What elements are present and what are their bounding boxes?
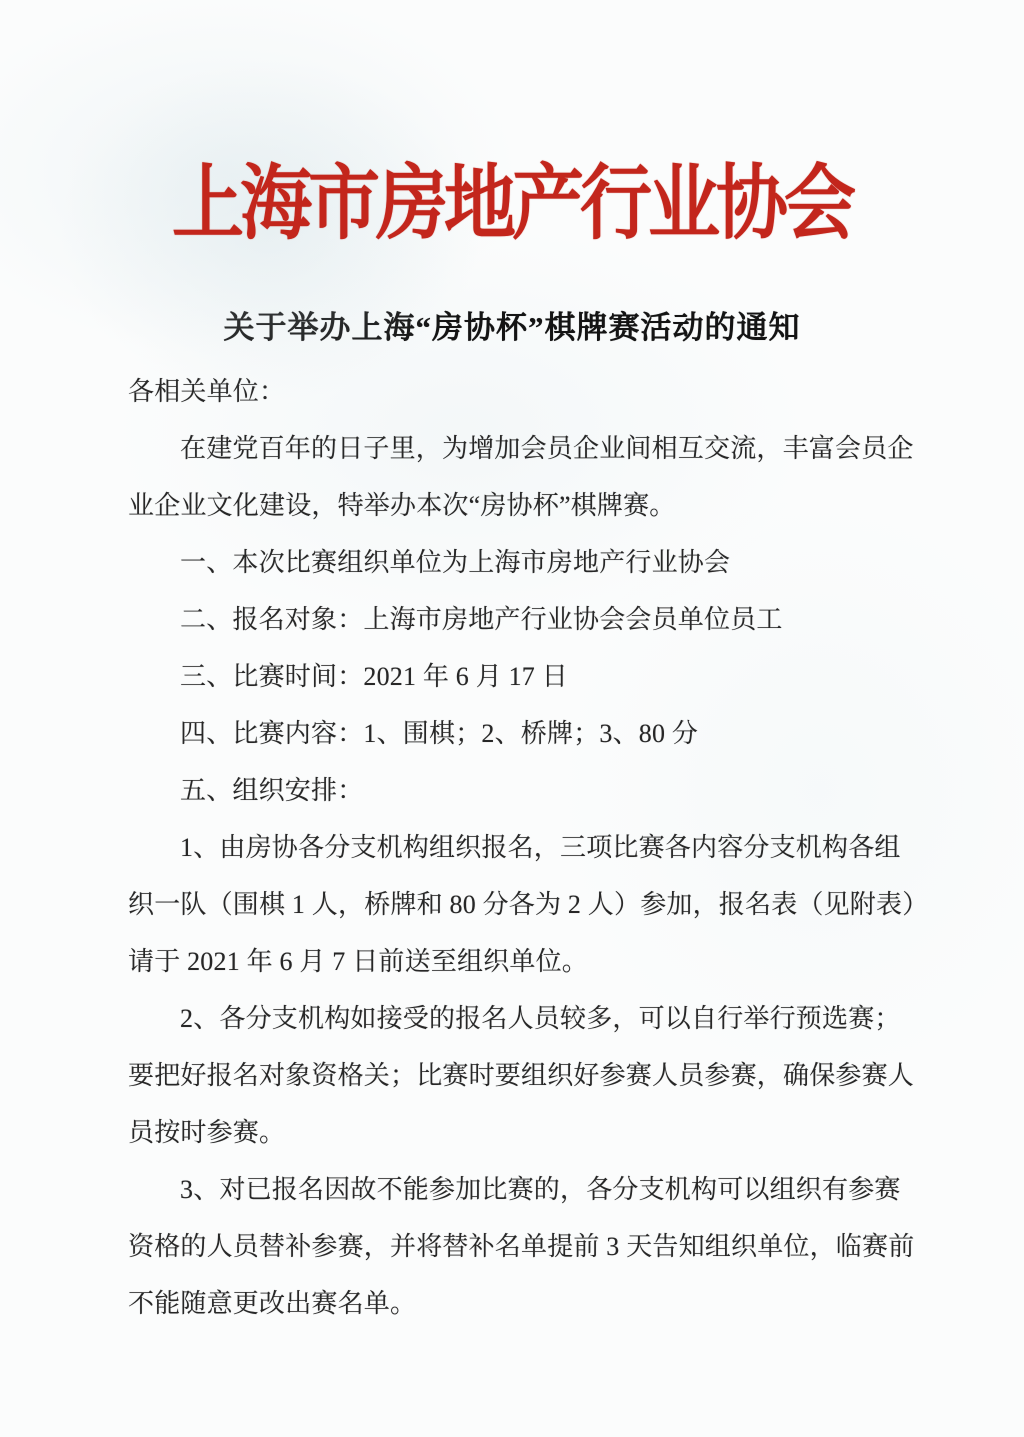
scanned-notice-page: 上海市房地产行业协会 关于举办上海“房协杯”棋牌赛活动的通知 各相关单位： 在建… bbox=[0, 0, 1024, 1437]
body-line: 业企业文化建设，特举办本次“房协杯”棋牌赛。 bbox=[128, 477, 914, 534]
body-line: 不能随意更改出赛名单。 bbox=[128, 1275, 914, 1332]
body-line: 四、比赛内容：1、围棋；2、桥牌；3、80 分 bbox=[128, 705, 914, 762]
body-line: 资格的人员替补参赛，并将替补名单提前 3 天告知组织单位，临赛前 bbox=[128, 1218, 914, 1275]
body-line: 三、比赛时间：2021 年 6 月 17 日 bbox=[128, 648, 914, 705]
body-line: 五、组织安排： bbox=[128, 762, 914, 819]
body-line: 二、报名对象：上海市房地产行业协会会员单位员工 bbox=[128, 591, 914, 648]
notice-body: 各相关单位： 在建党百年的日子里，为增加会员企业间相互交流，丰富会员企业企业文化… bbox=[0, 363, 1024, 1332]
body-lines: 在建党百年的日子里，为增加会员企业间相互交流，丰富会员企业企业文化建设，特举办本… bbox=[128, 420, 914, 1332]
body-line: 1、由房协各分支机构组织报名，三项比赛各内容分支机构各组 bbox=[128, 819, 914, 876]
body-line: 要把好报名对象资格关；比赛时要组织好参赛人员参赛，确保参赛人 bbox=[128, 1047, 914, 1104]
body-line: 3、对已报名因故不能参加比赛的，各分支机构可以组织有参赛 bbox=[128, 1161, 914, 1218]
body-line: 在建党百年的日子里，为增加会员企业间相互交流，丰富会员企 bbox=[128, 420, 914, 477]
body-line: 员按时参赛。 bbox=[128, 1104, 914, 1161]
body-line: 请于 2021 年 6 月 7 日前送至组织单位。 bbox=[128, 933, 914, 990]
salutation-line: 各相关单位： bbox=[128, 363, 914, 420]
organization-title: 上海市房地产行业协会 bbox=[0, 163, 1024, 244]
body-line: 织一队（围棋 1 人，桥牌和 80 分各为 2 人）参加，报名表（见附表） bbox=[128, 876, 914, 933]
body-line: 一、本次比赛组织单位为上海市房地产行业协会 bbox=[128, 534, 914, 591]
notice-subject-title: 关于举办上海“房协杯”棋牌赛活动的通知 bbox=[0, 312, 1024, 343]
body-line: 2、各分支机构如接受的报名人员较多，可以自行举行预选赛； bbox=[128, 990, 914, 1047]
